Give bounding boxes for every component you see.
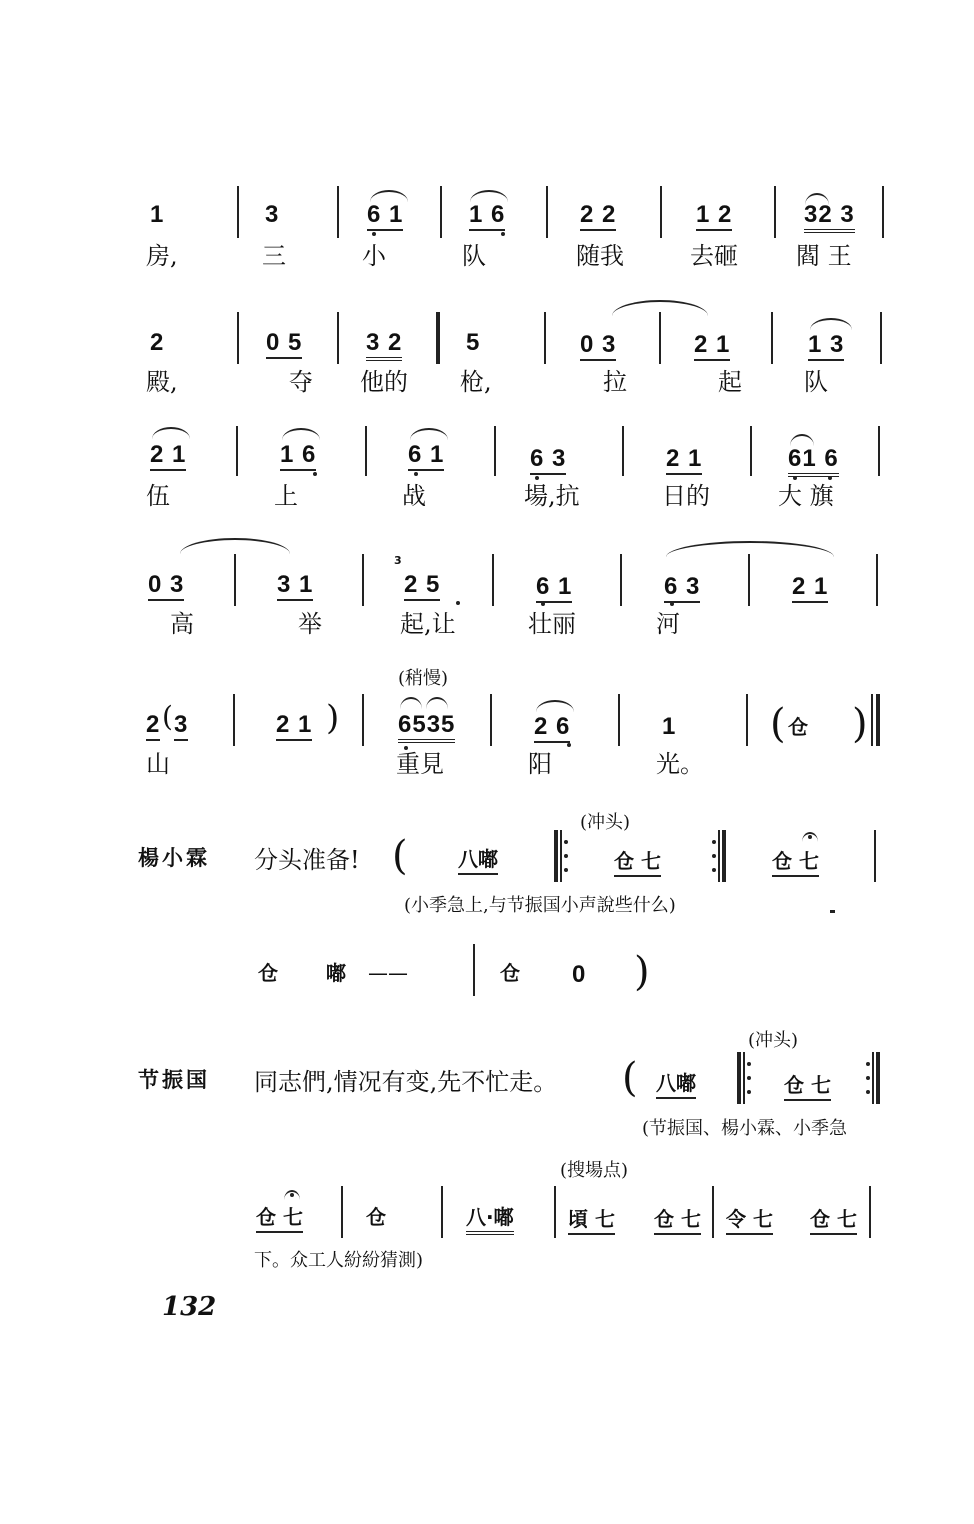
note: 2 5 [404, 572, 440, 601]
hold-dash: —— [368, 960, 408, 986]
barline [341, 1186, 343, 1238]
dialogue-line: 同志們,情况有变,先不忙走。 [254, 1062, 557, 1097]
note: 2 1 [666, 446, 702, 475]
lyric: 起,让 [400, 610, 456, 638]
lyric: 河 [656, 610, 680, 638]
lyric: 閻 王 [796, 242, 852, 270]
repeat-end-barline [876, 1052, 880, 1104]
lyric: 枪, [460, 368, 492, 396]
low-octave-dot-icon [414, 472, 418, 476]
grace-note: 3 [394, 554, 402, 567]
barline [436, 312, 440, 364]
percussion-syllable: 仓 七 [784, 1072, 831, 1101]
low-octave-dot-icon [541, 602, 545, 606]
note: 2 [146, 712, 160, 741]
percussion-syllable: 嘟 [326, 960, 346, 986]
percussion-syllable: 頃 七 [568, 1206, 615, 1235]
lyric: 伍 [146, 482, 170, 510]
lyric: 队 [462, 242, 486, 270]
percussion-syllable: 仓 七 [810, 1206, 857, 1235]
cue-label: (冲头) [748, 1026, 798, 1052]
note: 6535 [398, 712, 455, 743]
barline [233, 694, 235, 746]
stage-direction: (节振国、楊小霖、小季急 [642, 1114, 847, 1140]
barline [236, 426, 238, 476]
slur-icon [152, 427, 190, 439]
lyric: 場,抗 [524, 482, 580, 510]
close-paren: ) [326, 698, 339, 738]
open-paren: ( [622, 1058, 638, 1098]
barline [869, 1186, 871, 1238]
note: 32 3 [804, 202, 855, 233]
barline [618, 694, 620, 746]
slur-icon [410, 428, 448, 440]
note: 2 2 [580, 202, 616, 231]
barline [473, 944, 475, 996]
percussion-syllable: 仓 [366, 1204, 386, 1230]
lyric: 拉 [603, 368, 627, 396]
open-paren: ( [770, 704, 786, 744]
low-octave-dot-icon [313, 472, 317, 476]
percussion-syllable: 仓 [788, 714, 808, 740]
tempo-marking: (稍慢) [398, 664, 448, 690]
lyric: 壮丽 [528, 610, 576, 638]
barline [748, 554, 750, 606]
note: 0 3 [148, 572, 184, 601]
note: 6 1 [367, 202, 403, 231]
note: 3 [265, 202, 279, 228]
tie-icon [666, 541, 834, 557]
stage-direction: 下。众工人紛紛猜測) [254, 1246, 423, 1272]
barline [878, 426, 880, 476]
barline [362, 694, 364, 746]
percussion-syllable: 仓 [500, 960, 520, 986]
percussion-syllable: 八嘟 [458, 846, 498, 875]
note: 1 2 [696, 202, 732, 231]
lyric: 三 [262, 242, 286, 270]
barline [440, 186, 442, 238]
note: 1 6 [280, 442, 316, 471]
percussion-syllable: 令 七 [726, 1206, 773, 1235]
barline [337, 312, 339, 364]
barline [337, 186, 339, 238]
note: 3 1 [277, 572, 313, 601]
barline [237, 312, 239, 364]
lyric: 山 [146, 750, 170, 778]
percussion-syllable: 仓 [258, 960, 278, 986]
page-number: 132 [162, 1292, 216, 1322]
percussion-syllable: 八·嘟 [466, 1204, 514, 1235]
slur-icon [810, 318, 852, 330]
barline [750, 426, 752, 476]
tie-icon [180, 538, 290, 554]
note: 2 [150, 330, 164, 356]
barline [492, 554, 494, 606]
lyric: 高 [170, 610, 194, 638]
close-paren: ) [634, 952, 650, 992]
lyric: 殿, [146, 368, 178, 396]
lyric: 重見 [396, 750, 444, 778]
note: 61 6 [788, 446, 839, 477]
note: 6 1 [536, 574, 572, 603]
lyric: 小 [362, 242, 386, 270]
cue-label: (冲头) [580, 808, 630, 834]
lyric: 大 旗 [778, 482, 834, 510]
barline [746, 694, 748, 746]
note: 6 3 [664, 574, 700, 603]
lyric: 队 [804, 368, 828, 396]
note: 0 3 [580, 332, 616, 361]
repeat-dots-icon [866, 1062, 870, 1104]
ink-mark [830, 910, 835, 913]
lyric: 战 [402, 482, 426, 510]
low-octave-dot-icon [828, 476, 832, 480]
barline [237, 186, 239, 238]
speaker-name: 节振国 [138, 1064, 210, 1094]
repeat-dots-icon [712, 840, 716, 882]
note: 1 [150, 202, 164, 228]
barline [365, 426, 367, 476]
barline [771, 312, 773, 364]
fermata-icon [802, 832, 818, 842]
percussion-syllable: 仓 七 [614, 848, 661, 877]
repeat-end-barline [722, 830, 726, 882]
barline [874, 830, 876, 882]
barline [876, 554, 878, 606]
fermata-icon [284, 1190, 300, 1200]
rest: 0 [572, 962, 586, 988]
repeat-dots-icon [564, 840, 568, 882]
lyric: 随我 [576, 242, 624, 270]
low-octave-dot-icon [670, 602, 674, 606]
percussion-syllable: 仓 七 [256, 1204, 303, 1233]
barline [774, 186, 776, 238]
cue-label: (搜場点) [560, 1156, 628, 1182]
note: 6 3 [530, 446, 566, 475]
barline [743, 1052, 745, 1104]
barline [880, 312, 882, 364]
note: 1 [662, 714, 676, 740]
note: 2 1 [150, 442, 186, 471]
barline [362, 554, 364, 606]
repeat-start-barline [554, 830, 558, 882]
barline [441, 1186, 443, 1238]
repeat-dots-icon [747, 1062, 751, 1104]
note: 2 1 [276, 712, 312, 741]
barline [871, 694, 873, 746]
barline [712, 1186, 714, 1238]
low-octave-dot-icon [567, 743, 571, 747]
open-paren: ( [392, 836, 408, 876]
barline [872, 1052, 874, 1104]
lyric: 阳 [528, 750, 552, 778]
low-octave-dot-icon [372, 232, 376, 236]
barline [546, 186, 548, 238]
slur-icon [426, 697, 448, 709]
slur-icon [400, 697, 422, 709]
barline [622, 426, 624, 476]
barline [659, 312, 661, 364]
lyric: 光。 [656, 750, 704, 778]
dialogue-line: 分头准备! [254, 840, 360, 875]
slur-icon [282, 428, 320, 440]
barline [494, 426, 496, 476]
speaker-name: 楊小霖 [138, 842, 210, 872]
stage-direction: (小季急上,与节振国小声說些什么) [404, 891, 676, 917]
lyric: 他的 [360, 368, 408, 396]
note: 1 3 [808, 332, 844, 361]
low-octave-dot-icon [793, 476, 797, 480]
lyric: 房, [146, 242, 178, 270]
lyric: 上 [274, 482, 298, 510]
note: 0 5 [266, 330, 302, 359]
barline [544, 312, 546, 364]
low-octave-dot-icon [456, 601, 460, 605]
lyric: 日的 [662, 482, 710, 510]
note: 5 [466, 330, 480, 356]
lyric: 去砸 [690, 242, 738, 270]
lyric: 举 [298, 610, 322, 638]
slur-icon [536, 700, 574, 712]
note: 2 6 [534, 714, 570, 743]
low-octave-dot-icon [535, 476, 539, 480]
lyric: 夺 [289, 368, 313, 396]
note: 6 1 [408, 442, 444, 471]
repeat-start-barline [737, 1052, 741, 1104]
final-barline [876, 694, 880, 746]
note: 1 6 [469, 202, 505, 231]
percussion-syllable: 八嘟 [656, 1070, 696, 1099]
note: 2 1 [792, 574, 828, 603]
barline [560, 830, 562, 882]
barline [234, 554, 236, 606]
barline [660, 186, 662, 238]
lyric: 起 [718, 368, 742, 396]
note: 3 [174, 712, 188, 741]
barline [554, 1186, 556, 1238]
note: 3 2 [366, 330, 402, 361]
barline [718, 830, 720, 882]
barline [882, 186, 884, 238]
percussion-syllable: 仓 七 [654, 1206, 701, 1235]
note: 2 1 [694, 332, 730, 361]
low-octave-dot-icon [501, 232, 505, 236]
barline [620, 554, 622, 606]
open-paren: ( [162, 700, 173, 733]
percussion-syllable: 仓 七 [772, 848, 819, 877]
barline [490, 694, 492, 746]
close-paren: ) [852, 704, 868, 744]
